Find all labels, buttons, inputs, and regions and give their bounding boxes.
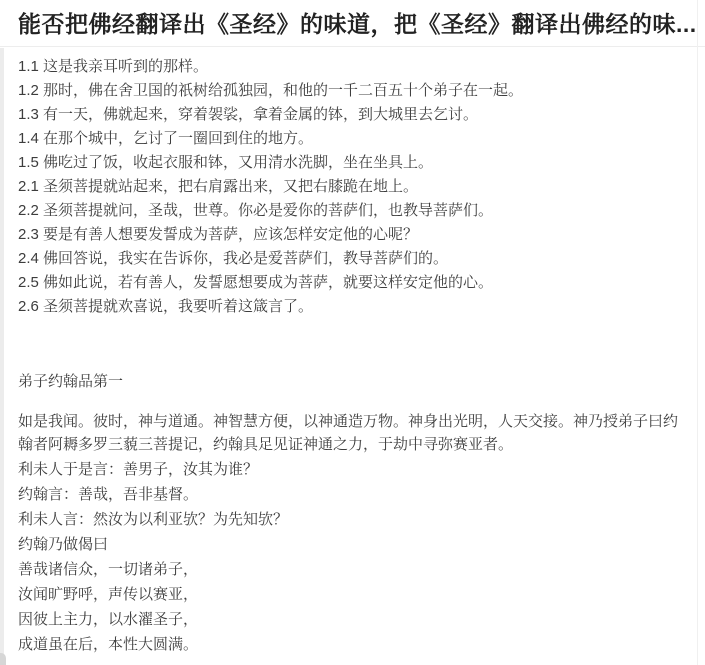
right-edge-line: [697, 0, 698, 665]
verse-line: 1.2 那时，佛在舍卫国的祇树给孤独园，和他的一千二百五十个弟子在一起。: [18, 79, 689, 102]
verse-line: 1.5 佛吃过了饭，收起衣服和钵，又用清水洗脚，坐在坐具上。: [18, 151, 689, 174]
scripture-paragraph: 善哉诸信众，一切诸弟子，: [18, 558, 689, 581]
left-edge-strip: [0, 48, 4, 665]
scripture-paragraph: 如是我闻。彼时，神与道通。神智慧方便，以神通造万物。神身出光明，人天交接。神乃授…: [18, 410, 689, 456]
verse-line: 2.1 圣须菩提就站起来，把右肩露出来，又把右膝跪在地上。: [18, 175, 689, 198]
verse-line: 1.4 在那个城中，乞讨了一圈回到住的地方。: [18, 127, 689, 150]
verse-line: 1.3 有一天，佛就起来，穿着袈裟，拿着金属的钵，到大城里去乞讨。: [18, 103, 689, 126]
scripture-paragraph: 因彼上主力，以水濯圣子，: [18, 608, 689, 631]
verse-line: 1.1 这是我亲耳听到的那样。: [18, 55, 689, 78]
article-page: 能否把佛经翻译出《圣经》的味道，把《圣经》翻译出佛经的味... 1.1 这是我亲…: [0, 0, 705, 665]
verse-line: 2.2 圣须菩提就问，圣哉，世尊。你必是爱你的菩萨们，也教导菩萨们。: [18, 199, 689, 222]
scripture-paragraph: 汝闻旷野呼，声传以赛亚，: [18, 583, 689, 606]
verse-line: 2.4 佛回答说，我实在告诉你，我必是爱菩萨们，教导菩萨们的。: [18, 247, 689, 270]
article-body: 1.1 这是我亲耳听到的那样。 1.2 那时，佛在舍卫国的祇树给孤独园，和他的一…: [0, 47, 705, 656]
verse-line: 2.3 要是有善人想要发誓成为菩萨，应该怎样安定他的心呢？: [18, 223, 689, 246]
page-title: 能否把佛经翻译出《圣经》的味道，把《圣经》翻译出佛经的味...: [0, 0, 705, 46]
section-heading: 弟子约翰品第一: [18, 370, 689, 393]
scripture-paragraph: 约翰乃做偈曰: [18, 533, 689, 556]
verse-line: 2.6 圣须菩提就欢喜说，我要听着这箴言了。: [18, 295, 689, 318]
scripture-paragraph: 成道虽在后，本性大圆满。: [18, 633, 689, 656]
scripture-paragraph: 利未人于是言：善男子，汝其为谁？: [18, 458, 689, 481]
bottom-left-corner-artifact: [0, 653, 6, 665]
scripture-paragraph: 利未人言：然汝为以利亚欤？为先知欤？: [18, 508, 689, 531]
verse-line: 2.5 佛如此说，若有善人，发誓愿想要成为菩萨，就要这样安定他的心。: [18, 271, 689, 294]
scripture-paragraph: 约翰言：善哉，吾非基督。: [18, 483, 689, 506]
